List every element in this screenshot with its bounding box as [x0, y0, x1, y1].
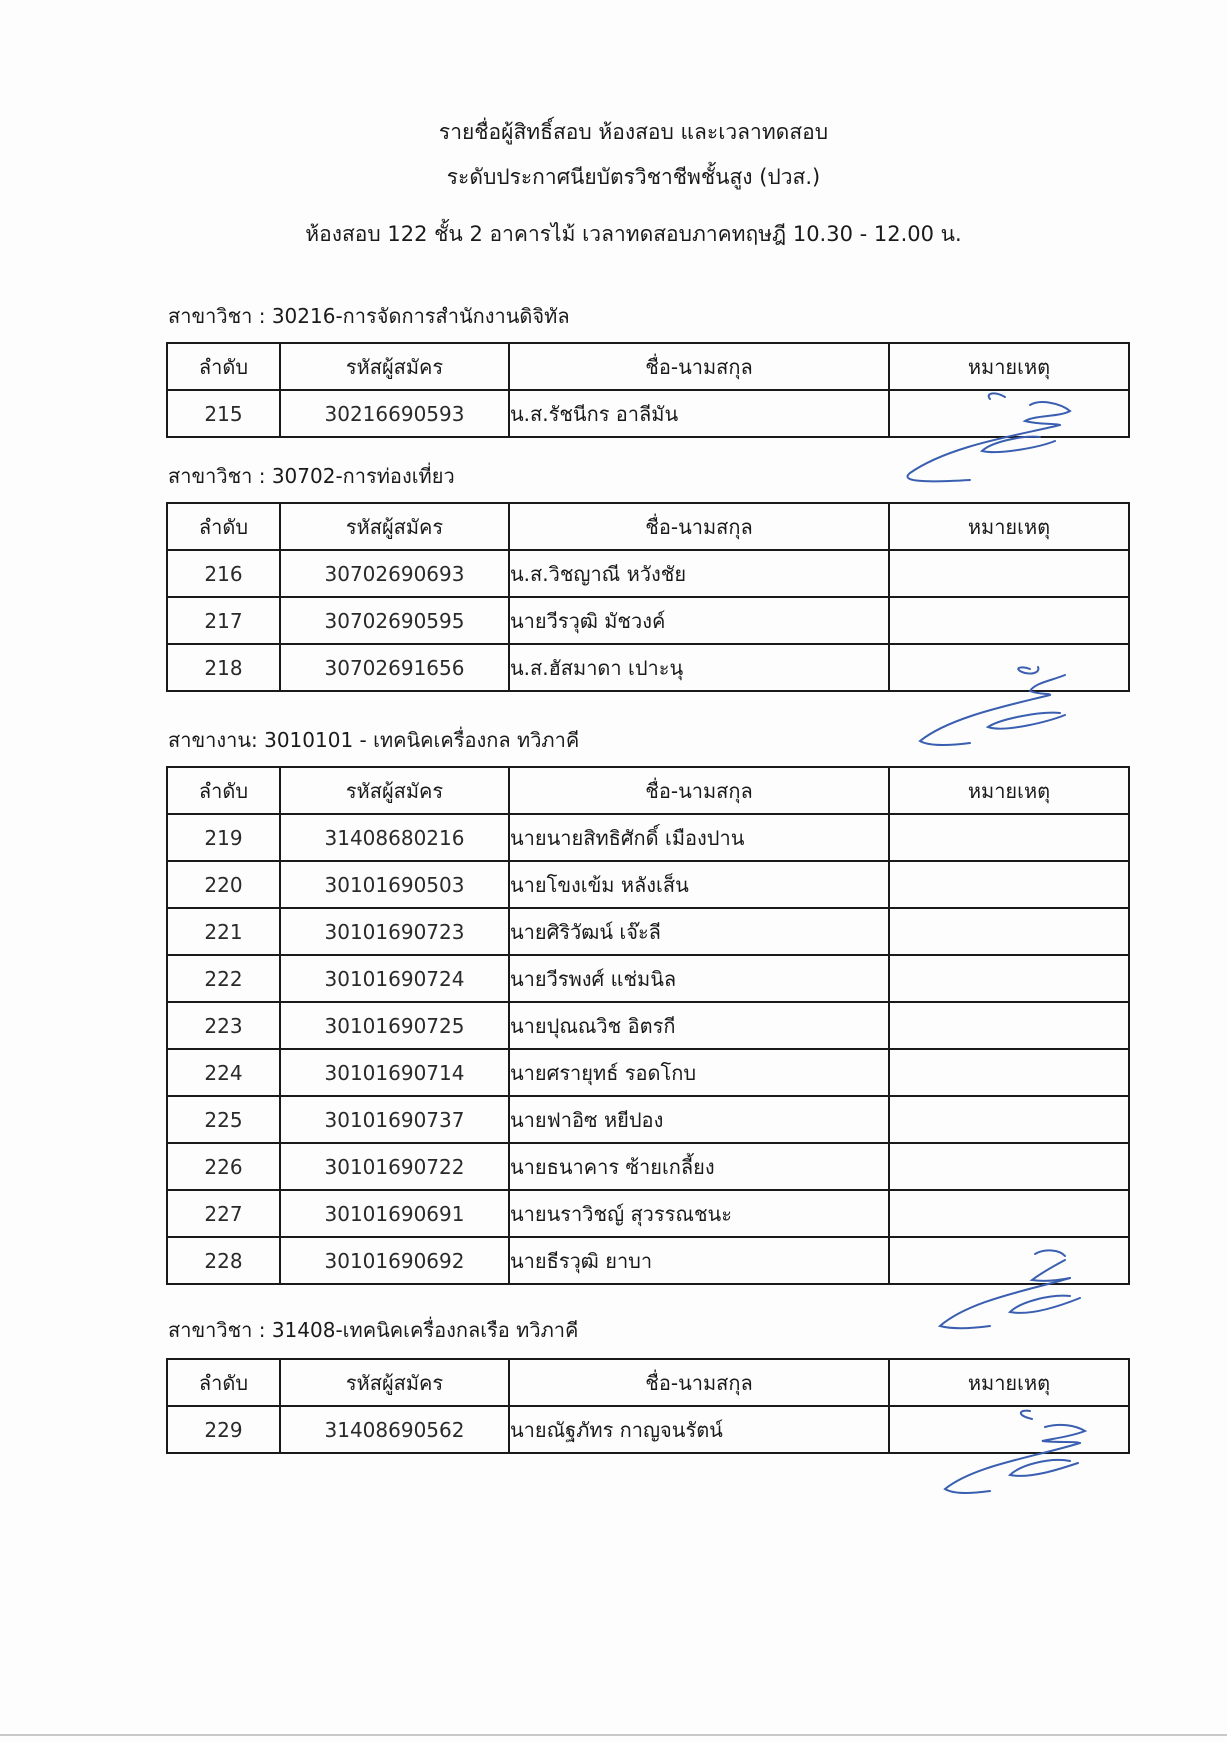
col-header-applicant-id: รหัสผู้สมัคร — [280, 503, 509, 550]
col-header-order: ลำดับ — [167, 503, 280, 550]
cell-order: 224 — [167, 1049, 280, 1096]
table-row: 22830101690692นายธีรวุฒิ ยาบา — [167, 1237, 1129, 1284]
cell-full-name: นายปุณณวิช อิตรกี — [509, 1002, 889, 1049]
col-header-remark: หมายเหตุ — [889, 503, 1129, 550]
cell-full-name: นายศรายุทธ์ รอดโกบ — [509, 1049, 889, 1096]
cell-full-name: นายนราวิชญ์ สุวรรณชนะ — [509, 1190, 889, 1237]
table-row: 22430101690714นายศรายุทธ์ รอดโกบ — [167, 1049, 1129, 1096]
table-row: 22230101690724นายวีรพงศ์ แช่มนิล — [167, 955, 1129, 1002]
cell-remark — [889, 1096, 1129, 1143]
cell-applicant-id: 30101690722 — [280, 1143, 509, 1190]
table-row: 229 31408690562 นายณัฐภัทร กาญจนรัตน์ — [167, 1406, 1129, 1453]
cell-order: 219 — [167, 814, 280, 861]
table-row: 22130101690723นายศิริวัฒน์ เจ๊ะลี — [167, 908, 1129, 955]
cell-applicant-id: 30216690593 — [280, 390, 509, 437]
table-row: 217 30702690595 นายวีรวุฒิ มัชวงค์ — [167, 597, 1129, 644]
cell-order: 217 — [167, 597, 280, 644]
roster-table-30702: ลำดับ รหัสผู้สมัคร ชื่อ-นามสกุล หมายเหตุ… — [166, 502, 1130, 692]
cell-applicant-id: 30702690693 — [280, 550, 509, 597]
table-header-row: ลำดับ รหัสผู้สมัคร ชื่อ-นามสกุล หมายเหตุ — [167, 767, 1129, 814]
roster-table-31408: ลำดับ รหัสผู้สมัคร ชื่อ-นามสกุล หมายเหตุ… — [166, 1358, 1130, 1454]
cell-remark — [889, 861, 1129, 908]
document-page: รายชื่อผู้สิทธิ์สอบ ห้องสอบ และเวลาทดสอบ… — [0, 0, 1227, 1742]
cell-full-name: นายธีรวุฒิ ยาบา — [509, 1237, 889, 1284]
cell-full-name: น.ส.ฮัสมาดา เปาะนุ — [509, 644, 889, 691]
section-label-30216: สาขาวิชา : 30216-การจัดการสำนักงานดิจิทั… — [168, 302, 570, 330]
cell-remark — [889, 644, 1129, 691]
document-subtitle-room-time: ห้องสอบ 122 ชั้น 2 อาคารไม้ เวลาทดสอบภาค… — [20, 219, 1227, 249]
table-header-row: ลำดับ รหัสผู้สมัคร ชื่อ-นามสกุล หมายเหตุ — [167, 503, 1129, 550]
col-header-remark: หมายเหตุ — [889, 1359, 1129, 1406]
cell-full-name: น.ส.วิชญาณี หวังชัย — [509, 550, 889, 597]
cell-full-name: น.ส.รัชนีกร อาลีมัน — [509, 390, 889, 437]
page-bottom-edge — [0, 1734, 1227, 1736]
table-row: 22330101690725นายปุณณวิช อิตรกี — [167, 1002, 1129, 1049]
cell-applicant-id: 30702690595 — [280, 597, 509, 644]
cell-order: 227 — [167, 1190, 280, 1237]
cell-order: 223 — [167, 1002, 280, 1049]
col-header-full-name: ชื่อ-นามสกุล — [509, 343, 889, 390]
table-row: 215 30216690593 น.ส.รัชนีกร อาลีมัน — [167, 390, 1129, 437]
cell-order: 221 — [167, 908, 280, 955]
cell-applicant-id: 30101690714 — [280, 1049, 509, 1096]
col-header-remark: หมายเหตุ — [889, 343, 1129, 390]
table-row: 22630101690722นายธนาคาร ซ้ายเกลี้ยง — [167, 1143, 1129, 1190]
document-title: รายชื่อผู้สิทธิ์สอบ ห้องสอบ และเวลาทดสอบ — [20, 117, 1227, 147]
col-header-full-name: ชื่อ-นามสกุล — [509, 1359, 889, 1406]
cell-full-name: นายณัฐภัทร กาญจนรัตน์ — [509, 1406, 889, 1453]
table-header-row: ลำดับ รหัสผู้สมัคร ชื่อ-นามสกุล หมายเหตุ — [167, 343, 1129, 390]
cell-order: 225 — [167, 1096, 280, 1143]
cell-remark — [889, 1190, 1129, 1237]
col-header-remark: หมายเหตุ — [889, 767, 1129, 814]
cell-applicant-id: 30101690737 — [280, 1096, 509, 1143]
cell-applicant-id: 30101690725 — [280, 1002, 509, 1049]
cell-order: 228 — [167, 1237, 280, 1284]
cell-applicant-id: 30101690724 — [280, 955, 509, 1002]
cell-applicant-id: 31408690562 — [280, 1406, 509, 1453]
cell-applicant-id: 30101690503 — [280, 861, 509, 908]
col-header-applicant-id: รหัสผู้สมัคร — [280, 1359, 509, 1406]
col-header-full-name: ชื่อ-นามสกุล — [509, 503, 889, 550]
cell-applicant-id: 30101690692 — [280, 1237, 509, 1284]
cell-remark — [889, 1406, 1129, 1453]
col-header-applicant-id: รหัสผู้สมัคร — [280, 343, 509, 390]
roster-table-3010101: ลำดับ รหัสผู้สมัคร ชื่อ-นามสกุล หมายเหตุ… — [166, 766, 1130, 1285]
cell-applicant-id: 31408680216 — [280, 814, 509, 861]
col-header-full-name: ชื่อ-นามสกุล — [509, 767, 889, 814]
cell-full-name: นายวีรวุฒิ มัชวงค์ — [509, 597, 889, 644]
cell-full-name: นายฟาอิซ หยีปอง — [509, 1096, 889, 1143]
cell-full-name: นายโขงเข้ม หลังเส็น — [509, 861, 889, 908]
cell-remark — [889, 814, 1129, 861]
table-row: 216 30702690693 น.ส.วิชญาณี หวังชัย — [167, 550, 1129, 597]
table-row: 22530101690737นายฟาอิซ หยีปอง — [167, 1096, 1129, 1143]
cell-remark — [889, 597, 1129, 644]
cell-remark — [889, 908, 1129, 955]
section-label-30702: สาขาวิชา : 30702-การท่องเที่ยว — [168, 462, 455, 490]
cell-remark — [889, 1237, 1129, 1284]
cell-full-name: นายวีรพงศ์ แช่มนิล — [509, 955, 889, 1002]
cell-order: 226 — [167, 1143, 280, 1190]
col-header-applicant-id: รหัสผู้สมัคร — [280, 767, 509, 814]
cell-remark — [889, 955, 1129, 1002]
cell-remark — [889, 550, 1129, 597]
cell-remark — [889, 1143, 1129, 1190]
col-header-order: ลำดับ — [167, 1359, 280, 1406]
cell-order: 216 — [167, 550, 280, 597]
cell-order: 218 — [167, 644, 280, 691]
table-row: 21931408680216นายนายสิทธิศักดิ์ เมืองปาน — [167, 814, 1129, 861]
cell-remark — [889, 1049, 1129, 1096]
cell-full-name: นายศิริวัฒน์ เจ๊ะลี — [509, 908, 889, 955]
table-row: 218 30702691656 น.ส.ฮัสมาดา เปาะนุ — [167, 644, 1129, 691]
roster-table-30216: ลำดับ รหัสผู้สมัคร ชื่อ-นามสกุล หมายเหตุ… — [166, 342, 1130, 438]
cell-remark — [889, 1002, 1129, 1049]
table-row: 22730101690691นายนราวิชญ์ สุวรรณชนะ — [167, 1190, 1129, 1237]
cell-order: 215 — [167, 390, 280, 437]
cell-applicant-id: 30702691656 — [280, 644, 509, 691]
table-header-row: ลำดับ รหัสผู้สมัคร ชื่อ-นามสกุล หมายเหตุ — [167, 1359, 1129, 1406]
section-label-3010101: สาขางาน: 3010101 - เทคนิคเครื่องกล ทวิภา… — [168, 726, 579, 754]
cell-order: 229 — [167, 1406, 280, 1453]
cell-order: 222 — [167, 955, 280, 1002]
col-header-order: ลำดับ — [167, 343, 280, 390]
table-row: 22030101690503นายโขงเข้ม หลังเส็น — [167, 861, 1129, 908]
cell-full-name: นายนายสิทธิศักดิ์ เมืองปาน — [509, 814, 889, 861]
cell-full-name: นายธนาคาร ซ้ายเกลี้ยง — [509, 1143, 889, 1190]
cell-remark — [889, 390, 1129, 437]
cell-applicant-id: 30101690723 — [280, 908, 509, 955]
document-subtitle-level: ระดับประกาศนียบัตรวิชาชีพชั้นสูง (ปวส.) — [20, 162, 1227, 192]
col-header-order: ลำดับ — [167, 767, 280, 814]
cell-applicant-id: 30101690691 — [280, 1190, 509, 1237]
cell-order: 220 — [167, 861, 280, 908]
section-label-31408: สาขาวิชา : 31408-เทคนิคเครื่องกลเรือ ทวิ… — [168, 1316, 578, 1344]
